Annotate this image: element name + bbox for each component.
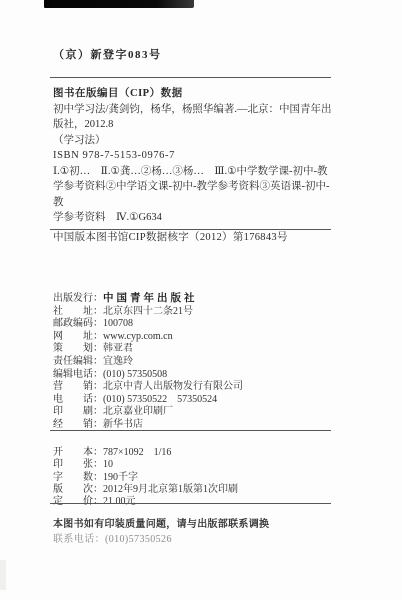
printing-row: 字 数：190千字 — [53, 468, 353, 480]
publisher-row: 营 销：北京中青人出版物发行有限公司 — [53, 377, 353, 390]
publisher-row: 电 话：(010) 57350522 57350524 — [53, 390, 353, 403]
printing-row: 版 次：2012年9月北京第1版第1次印刷 — [53, 480, 353, 492]
isbn-number: ISBN 978-7-5153-0976-7 — [53, 148, 339, 164]
row-value: 787×1092 1/16 — [103, 447, 171, 458]
publisher-row: 邮政编码：100708 — [53, 314, 353, 327]
publisher-row: 经 销：新华书店 — [53, 415, 353, 428]
divider-publisher — [50, 430, 331, 431]
cip-registry-number: 中国版本图书馆CIP数据核字（2012）第176843号 — [53, 230, 339, 246]
cip-entry-line-2: 版社，2012.8 — [53, 117, 339, 133]
quality-notice-block: 本图书如有印装质量问题，请与出版部联系调换 联系电话：(010)57350526 — [53, 515, 353, 545]
printing-row: 开 本：787×1092 1/16 — [53, 443, 353, 455]
printing-spec-block: 开 本：787×1092 1/16 印 张：10 字 数：190千字 版 次：2… — [53, 443, 353, 504]
row-value: 21.00元 — [103, 496, 136, 507]
publisher-info-block: 出版发行：中国青年出版社 社 址：北京东四十二条21号 邮政编码：100708 … — [53, 289, 353, 428]
row-value: 新华书店 — [103, 419, 143, 430]
cip-heading: 图书在版编目（CIP）数据 — [53, 86, 339, 102]
publisher-row: 网 址：www.cyp.com.cn — [53, 327, 353, 340]
cip-data-block: 图书在版编目（CIP）数据 初中学习法/龚剑钧，杨华，杨照华编著.—北京：中国青… — [53, 86, 339, 245]
colophon-page: （京）新登字083号 图书在版编目（CIP）数据 初中学习法/龚剑钧，杨华，杨照… — [0, 0, 402, 600]
publisher-row: 策 划：韩亚君 — [53, 339, 353, 352]
contact-phone: 联系电话：(010)57350526 — [53, 530, 353, 545]
row-label: 定 价： — [53, 496, 103, 507]
divider-printing — [50, 503, 331, 504]
row-label: 经 销： — [53, 419, 103, 430]
cip-classification-line-3: 学参考资料 Ⅳ.①G634 — [53, 210, 339, 226]
printing-row: 印 张：10 — [53, 455, 353, 467]
registration-number: （京）新登字083号 — [53, 46, 162, 62]
scan-artifact-top — [44, 0, 194, 8]
publisher-row: 社 址：北京东四十二条21号 — [53, 302, 353, 315]
publisher-row: 编辑电话：(010) 57350508 — [53, 365, 353, 378]
scan-artifact-edge — [0, 560, 6, 590]
cip-entry-line-1: 初中学习法/龚剑钧，杨华，杨照华编著.—北京：中国青年出 — [53, 102, 339, 118]
cip-classification-line-1: Ⅰ.①初… Ⅱ.①龚…②杨…③杨… Ⅲ.①中学数学课-初中-教 — [53, 164, 339, 180]
publisher-row: 责任编辑：宜逸玲 — [53, 352, 353, 365]
publisher-row: 出版发行：中国青年出版社 — [53, 289, 353, 302]
cip-series: （学习法） — [53, 133, 339, 149]
divider-cip — [50, 229, 331, 230]
quality-notice: 本图书如有印装质量问题，请与出版部联系调换 — [53, 515, 353, 530]
divider-top — [50, 77, 331, 78]
cip-classification-line-2: 学参考资料②中学语文课-初中-教学参考资料③英语课-初中-教 — [53, 179, 339, 210]
